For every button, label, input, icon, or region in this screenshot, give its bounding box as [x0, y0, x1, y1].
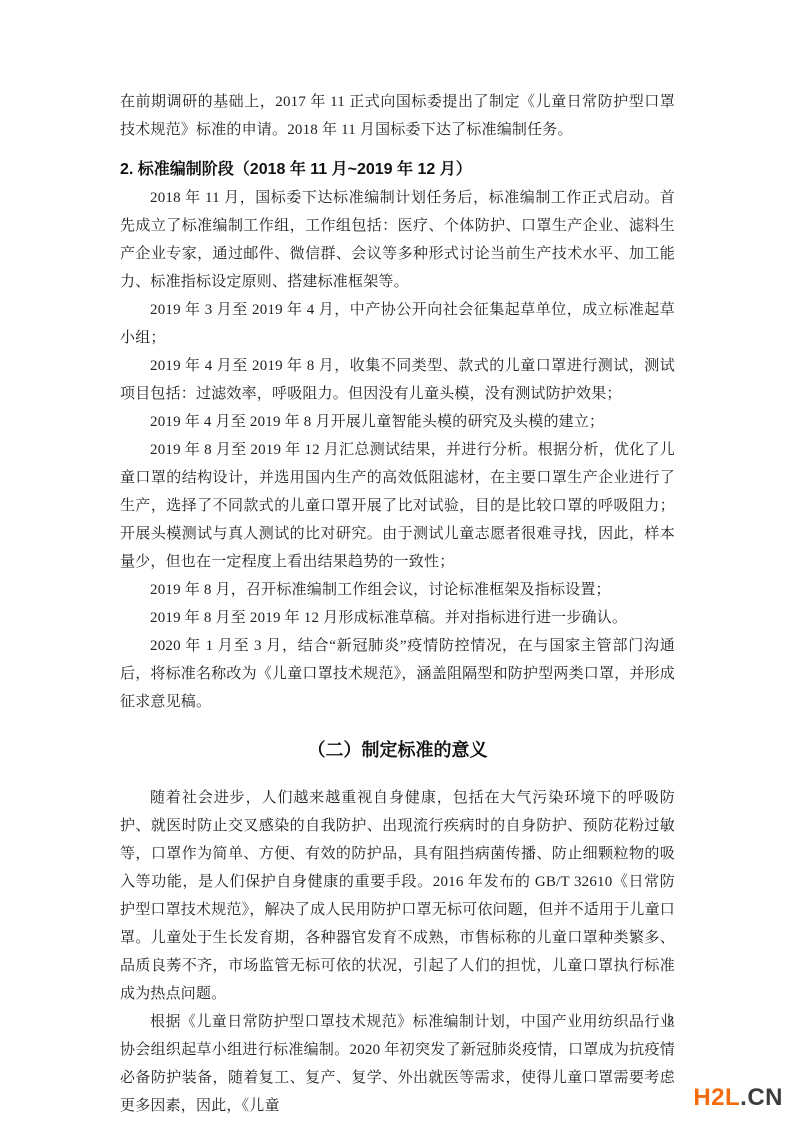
paragraph: 2019 年 4 月至 2019 年 8 月，收集不同类型、款式的儿童口罩进行测…	[120, 352, 675, 408]
paragraph: 随着社会进步，人们越来越重视自身健康，包括在大气污染环境下的呼吸防护、就医时防止…	[120, 784, 675, 1008]
page-body: 在前期调研的基础上，2017 年 11 正式向国标委提出了制定《儿童日常防护型口…	[120, 88, 675, 1120]
paragraph: 2020 年 1 月至 3 月，结合“新冠肺炎”疫情防控情况，在与国家主管部门沟…	[120, 632, 675, 716]
paragraph: 2019 年 8 月，召开标准编制工作组会议，讨论标准框架及指标设置；	[120, 576, 675, 604]
paragraph: 2019 年 3 月至 2019 年 4 月，中产协公开向社会征集起草单位，成立…	[120, 296, 675, 352]
document-page: 在前期调研的基础上，2017 年 11 正式向国标委提出了制定《儿童日常防护型口…	[0, 0, 793, 1122]
paragraph: 根据《儿童日常防护型口罩技术规范》标准编制计划，中国产业用纺织品行业协会组织起草…	[120, 1008, 675, 1120]
paragraph-continuation: 在前期调研的基础上，2017 年 11 正式向国标委提出了制定《儿童日常防护型口…	[120, 88, 675, 144]
paragraph: 2018 年 11 月，国标委下达标准编制计划任务后，标准编制工作正式启动。首先…	[120, 184, 675, 296]
paragraph: 2019 年 8 月至 2019 年 12 月形成标准草稿。并对指标进行进一步确…	[120, 604, 675, 632]
paragraph: 2019 年 4 月至 2019 年 8 月开展儿童智能头模的研究及头模的建立；	[120, 408, 675, 436]
page-number: 3	[667, 1012, 674, 1032]
logo-primary-text: H2L	[693, 1084, 740, 1111]
site-logo: H2L.CN	[693, 1086, 783, 1110]
section-2-heading: 2. 标准编制阶段（2018 年 11 月~2019 年 12 月）	[120, 156, 675, 184]
paragraph: 2019 年 8 月至 2019 年 12 月汇总测试结果，并进行分析。根据分析…	[120, 436, 675, 576]
logo-secondary-text: .CN	[740, 1084, 783, 1111]
section-meaning-heading: （二）制定标准的意义	[120, 736, 675, 764]
